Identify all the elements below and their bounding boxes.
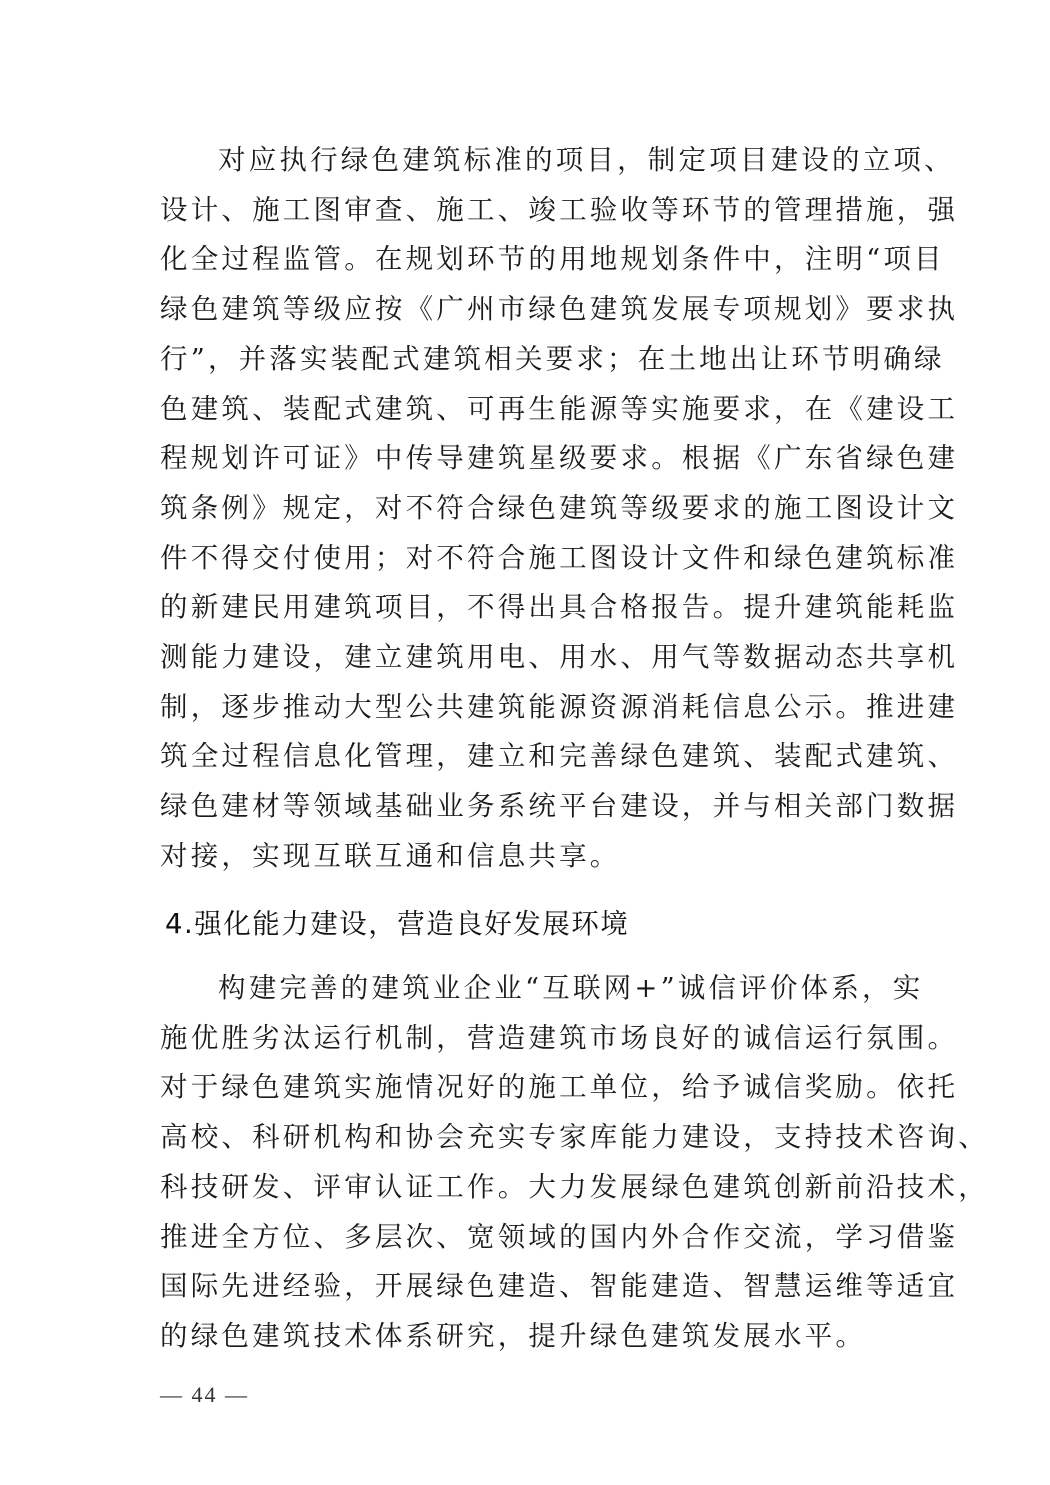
text-line: 绿色建筑等级应按《广州市绿色建筑发展专项规划》要求执 <box>160 285 892 335</box>
text-line: 对接，实现互联互通和信息共享。 <box>160 832 892 882</box>
text-line: 化全过程监管。在规划环节的用地规划条件中，注明“项目 <box>160 235 892 285</box>
text-line: 构建完善的建筑业企业“互联网+”诚信评价体系，实 <box>160 964 892 1014</box>
text-line: 制，逐步推动大型公共建筑能源资源消耗信息公示。推进建 <box>160 683 892 733</box>
text-line: 施优胜劣汰运行机制，营造建筑市场良好的诚信运行氛围。 <box>160 1014 892 1064</box>
text-line: 设计、施工图审查、施工、竣工验收等环节的管理措施，强 <box>160 186 892 236</box>
text-line: 高校、科研机构和协会充实专家库能力建设，支持技术咨询、 <box>160 1113 892 1163</box>
page-number: — 44 — <box>160 1382 249 1408</box>
text-line: 国际先进经验，开展绿色建造、智能建造、智慧运维等适宜 <box>160 1262 892 1312</box>
text-line: 筑条例》规定，对不符合绿色建筑等级要求的施工图设计文 <box>160 484 892 534</box>
paragraph-1: 对应执行绿色建筑标准的项目，制定项目建设的立项、 设计、施工图审查、施工、竣工验… <box>160 136 892 882</box>
text-line: 的新建民用建筑项目，不得出具合格报告。提升建筑能耗监 <box>160 583 892 633</box>
text-line: 绿色建材等领域基础业务系统平台建设，并与相关部门数据 <box>160 782 892 832</box>
text-line: 对于绿色建筑实施情况好的施工单位，给予诚信奖励。依托 <box>160 1063 892 1113</box>
text-line: 测能力建设，建立建筑用电、用水、用气等数据动态共享机 <box>160 633 892 683</box>
text-line: 的绿色建筑技术体系研究，提升绿色建筑发展水平。 <box>160 1312 892 1362</box>
text-line: 色建筑、装配式建筑、可再生能源等实施要求，在《建设工 <box>160 385 892 435</box>
section-heading: 4.强化能力建设，营造良好发展环境 <box>165 902 629 946</box>
text-line: 对应执行绿色建筑标准的项目，制定项目建设的立项、 <box>160 136 892 186</box>
text-line: 件不得交付使用；对不符合施工图设计文件和绿色建筑标准 <box>160 534 892 584</box>
text-line: 程规划许可证》中传导建筑星级要求。根据《广东省绿色建 <box>160 434 892 484</box>
text-line: 推进全方位、多层次、宽领域的国内外合作交流，学习借鉴 <box>160 1213 892 1263</box>
paragraph-2: 构建完善的建筑业企业“互联网+”诚信评价体系，实 施优胜劣汰运行机制，营造建筑市… <box>160 964 892 1362</box>
text-line: 筑全过程信息化管理，建立和完善绿色建筑、装配式建筑、 <box>160 732 892 782</box>
text-line: 科技研发、评审认证工作。大力发展绿色建筑创新前沿技术， <box>160 1163 892 1213</box>
text-line: 行”，并落实装配式建筑相关要求；在土地出让环节明确绿 <box>160 335 892 385</box>
